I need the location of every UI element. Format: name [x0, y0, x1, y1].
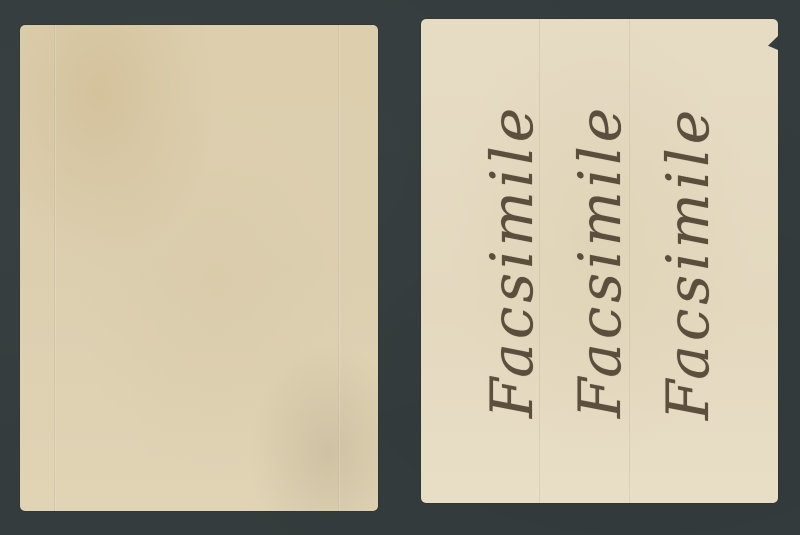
fold-line-left: [54, 25, 56, 511]
left-paper-sheet: [20, 25, 378, 511]
fold-line-right: [338, 25, 340, 511]
facsimile-inscription-3: Facsimile: [654, 106, 722, 420]
facsimile-inscription-1: Facsimile: [478, 104, 546, 418]
facsimile-inscription-2: Facsimile: [566, 104, 634, 418]
